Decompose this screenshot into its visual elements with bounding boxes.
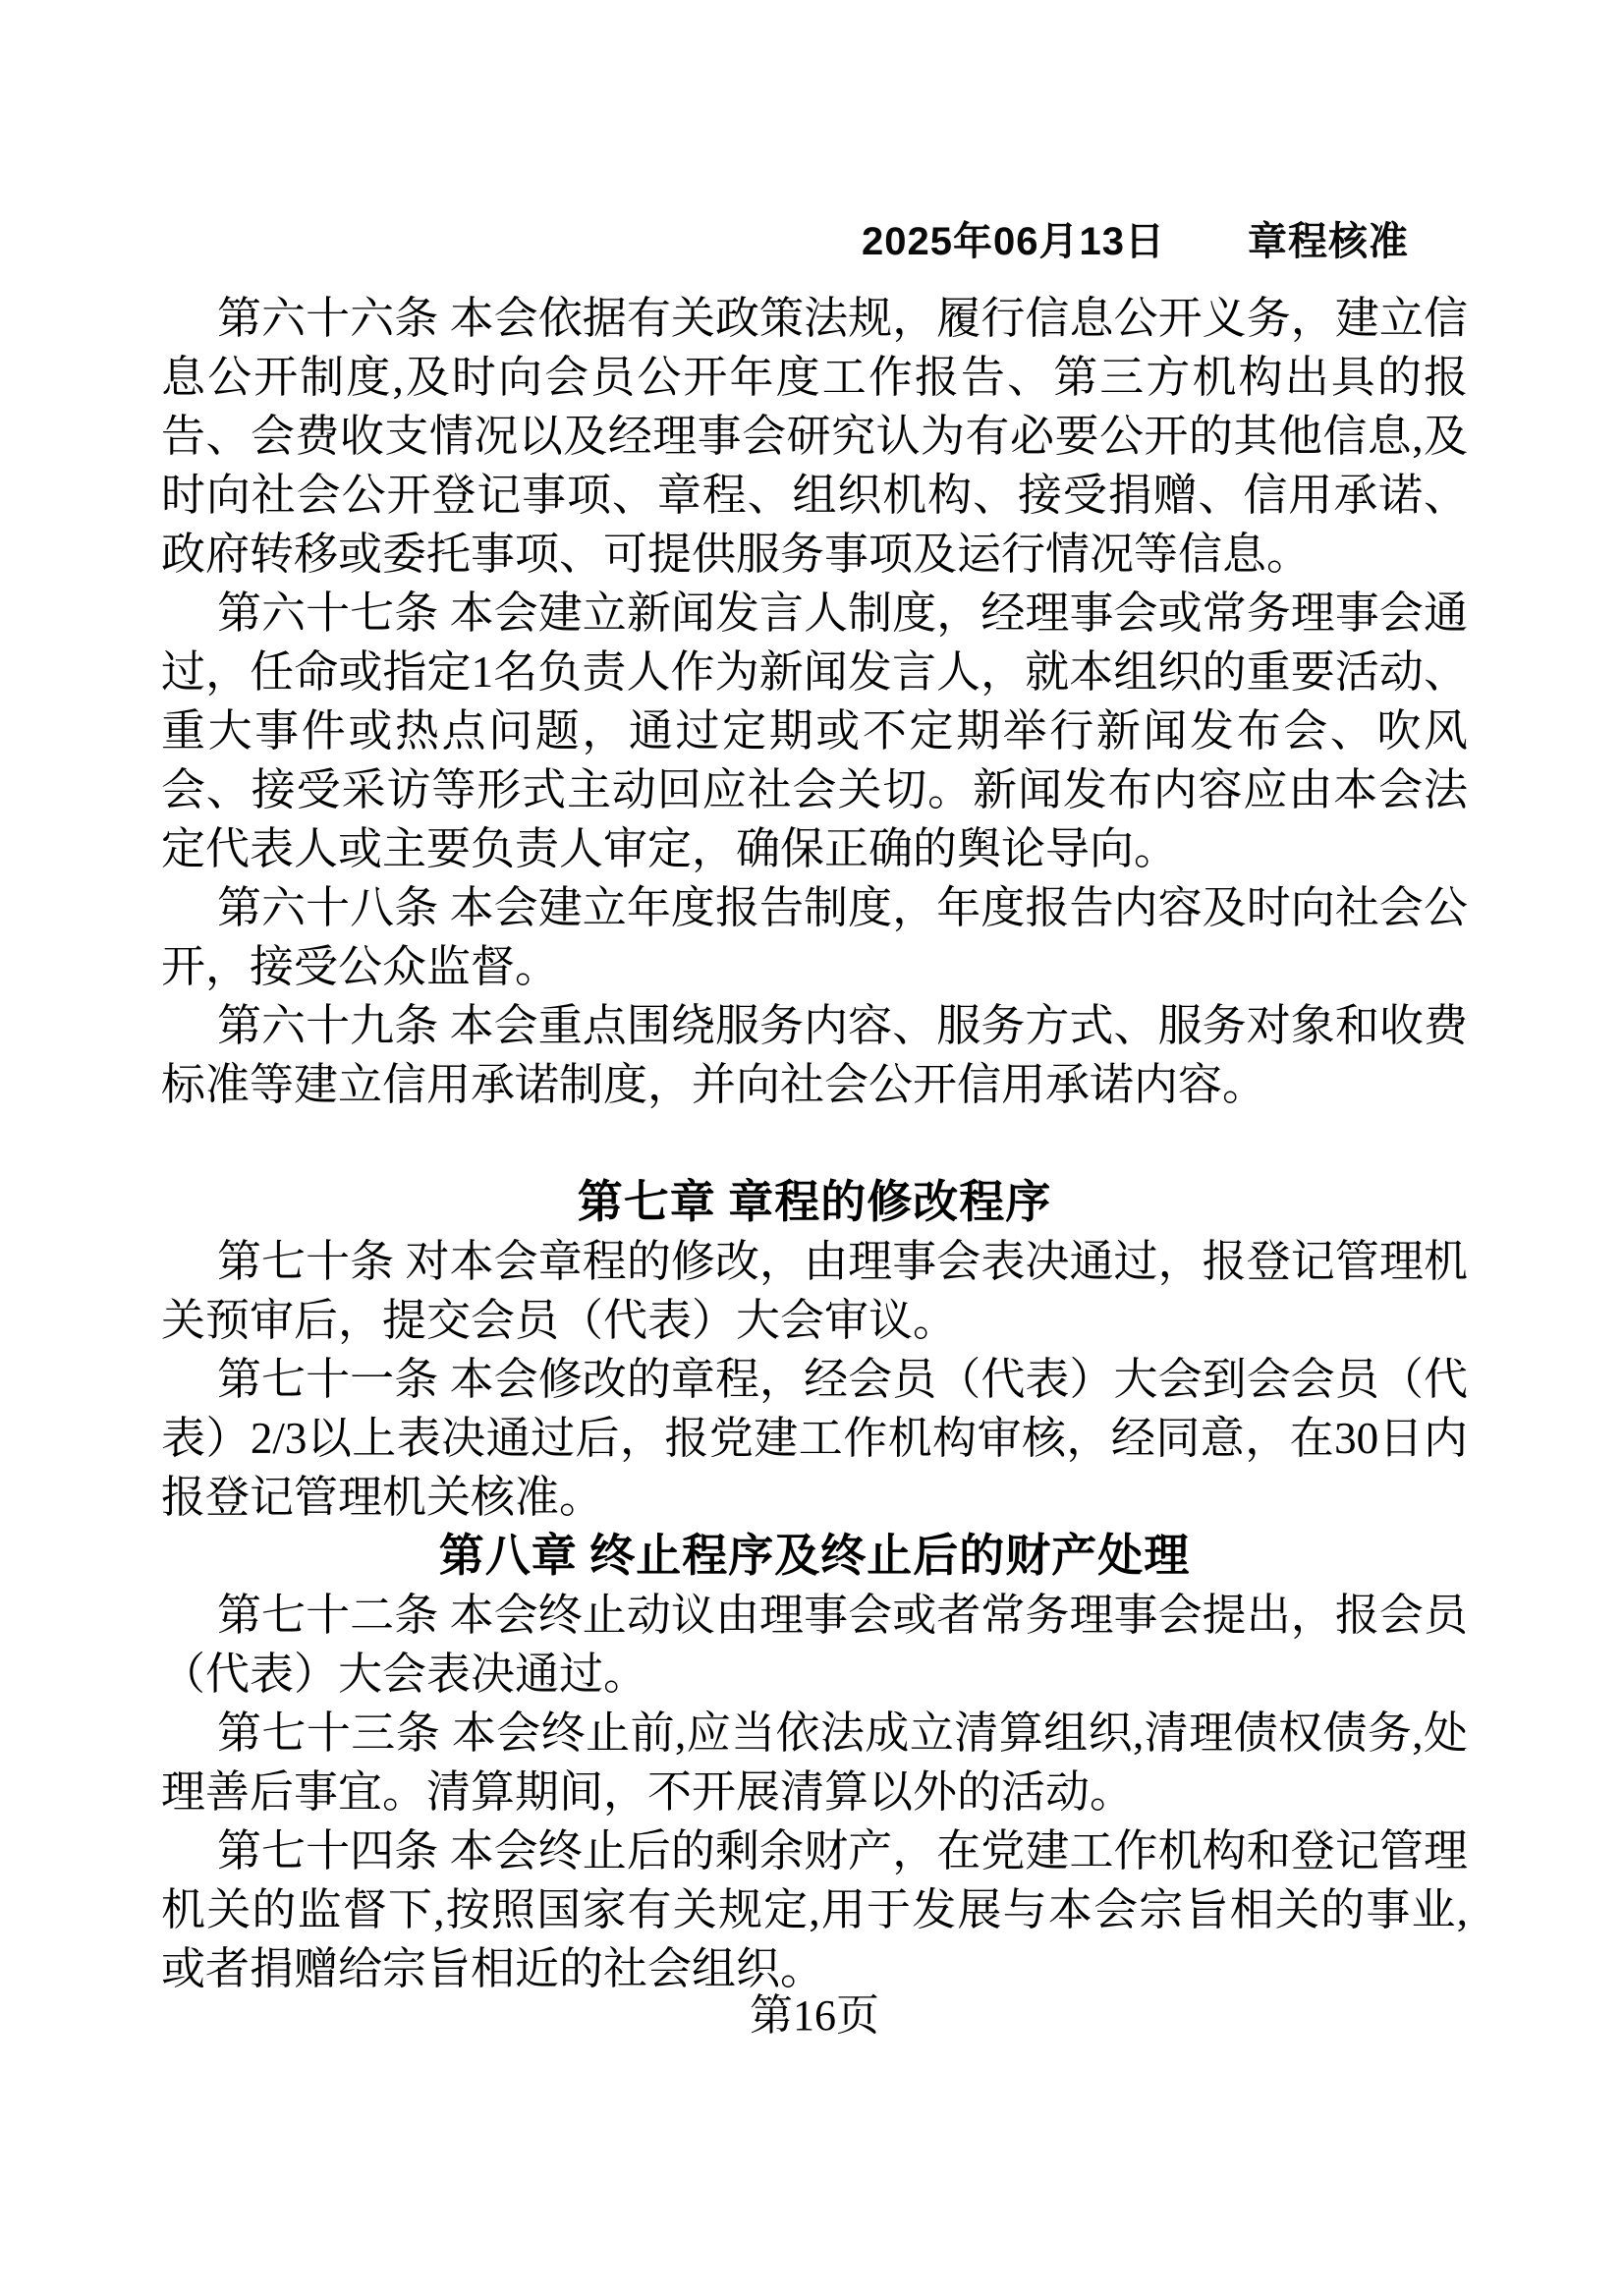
article-68: 第六十八条 本会建立年度报告制度，年度报告内容及时向社会公开，接受公众监督。 xyxy=(161,878,1468,996)
document-body: 第六十六条 本会依据有关政策法规，履行信息公开义务，建立信息公开制度,及时向会员… xyxy=(161,289,1468,1998)
article-66: 第六十六条 本会依据有关政策法规，履行信息公开义务，建立信息公开制度,及时向会员… xyxy=(161,289,1468,584)
article-70: 第七十条 对本会章程的修改，由理事会表决通过，报登记管理机关预审后，提交会员（代… xyxy=(161,1232,1468,1350)
article-71: 第七十一条 本会修改的章程，经会员（代表）大会到会会员（代表）2/3以上表决通过… xyxy=(161,1350,1468,1527)
approval-date: 2025年06月13日 xyxy=(862,220,1165,263)
chapter-8-heading: 第八章 终止程序及终止后的财产处理 xyxy=(161,1527,1468,1586)
article-69: 第六十九条 本会重点围绕服务内容、服务方式、服务对象和收费标准等建立信用承诺制度… xyxy=(161,996,1468,1114)
article-74: 第七十四条 本会终止后的剩余财产，在党建工作机构和登记管理机关的监督下,按照国家… xyxy=(161,1821,1468,1998)
page-number: 第16页 xyxy=(161,1987,1468,2045)
article-67: 第六十七条 本会建立新闻发言人制度，经理事会或常务理事会通过，任命或指定1名负责… xyxy=(161,584,1468,878)
approval-title: 章程核准 xyxy=(1248,220,1409,263)
approval-header: 2025年06月13日章程核准 xyxy=(862,218,1409,265)
header-spacer xyxy=(1165,253,1248,254)
article-72: 第七十二条 本会终止动议由理事会或者常务理事会提出，报会员（代表）大会表决通过。 xyxy=(161,1586,1468,1704)
article-73: 第七十三条 本会终止前,应当依法成立清算组织,清理债权债务,处理善后事宜。清算期… xyxy=(161,1704,1468,1821)
chapter-7-heading: 第七章 章程的修改程序 xyxy=(161,1173,1468,1232)
charter-document-page: 2025年06月13日章程核准 第六十六条 本会依据有关政策法规，履行信息公开义… xyxy=(0,0,1624,2295)
